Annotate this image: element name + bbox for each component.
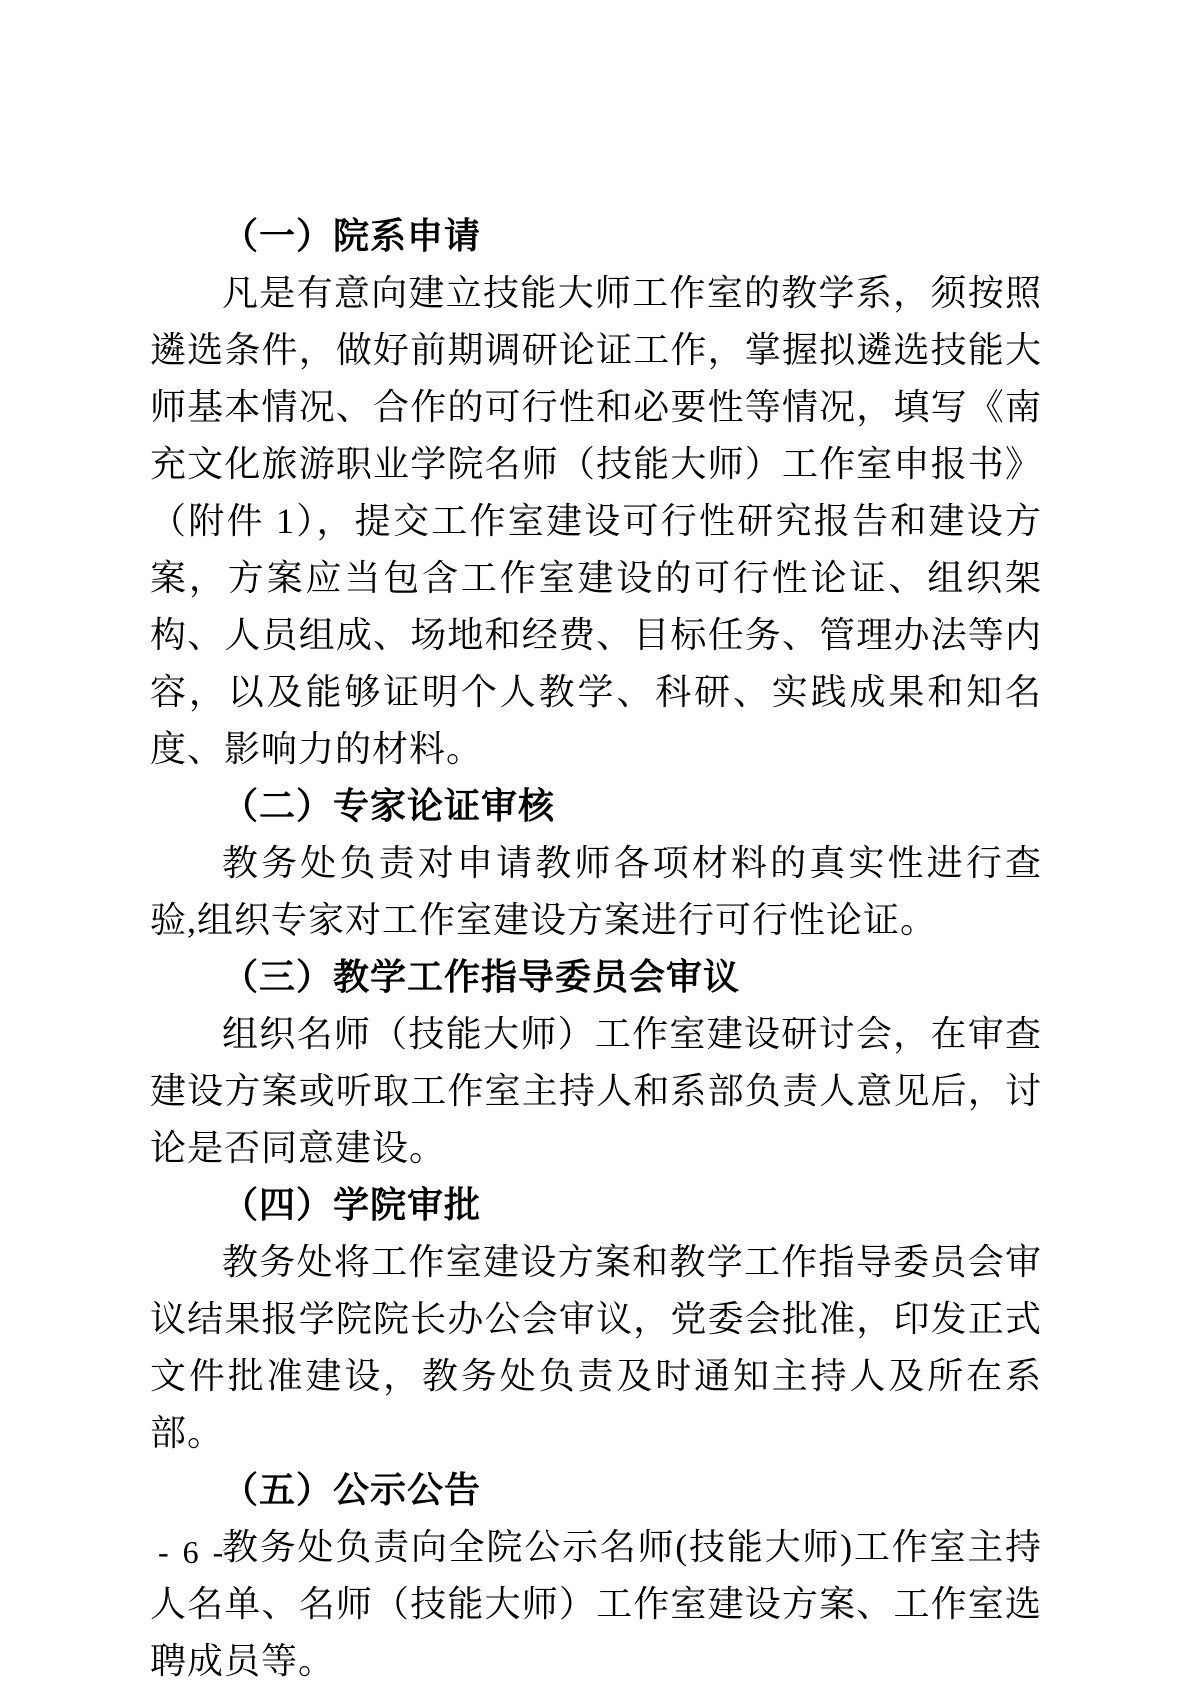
section-heading-2: （二）专家论证审核 bbox=[150, 778, 1042, 835]
paragraph-3: 组织名师（技能大师）工作室建设研讨会，在审查建设方案或听取工作室主持人和系部负责… bbox=[150, 1006, 1042, 1177]
paragraph-5: 教务处负责向全院公示名师(技能大师)工作室主持人名单、名师（技能大师）工作室建设… bbox=[150, 1519, 1042, 1683]
paragraph-2: 教务处负责对申请教师各项材料的真实性进行查验,组织专家对工作室建设方案进行可行性… bbox=[150, 835, 1042, 949]
section-heading-5: （五）公示公告 bbox=[150, 1462, 1042, 1519]
section-heading-1: （一）院系申请 bbox=[150, 208, 1042, 265]
paragraph-4: 教务处将工作室建设方案和教学工作指导委员会审议结果报学院院长办公会审议，党委会批… bbox=[150, 1234, 1042, 1462]
document-page: （一）院系申请 凡是有意向建立技能大师工作室的教学系，须按照遴选条件，做好前期调… bbox=[0, 0, 1190, 1683]
document-body: （一）院系申请 凡是有意向建立技能大师工作室的教学系，须按照遴选条件，做好前期调… bbox=[150, 208, 1042, 1683]
section-heading-4: （四）学院审批 bbox=[150, 1177, 1042, 1234]
paragraph-1: 凡是有意向建立技能大师工作室的教学系，须按照遴选条件，做好前期调研论证工作，掌握… bbox=[150, 265, 1042, 778]
page-number: - 6 - bbox=[158, 1536, 223, 1568]
section-heading-3: （三）教学工作指导委员会审议 bbox=[150, 949, 1042, 1006]
